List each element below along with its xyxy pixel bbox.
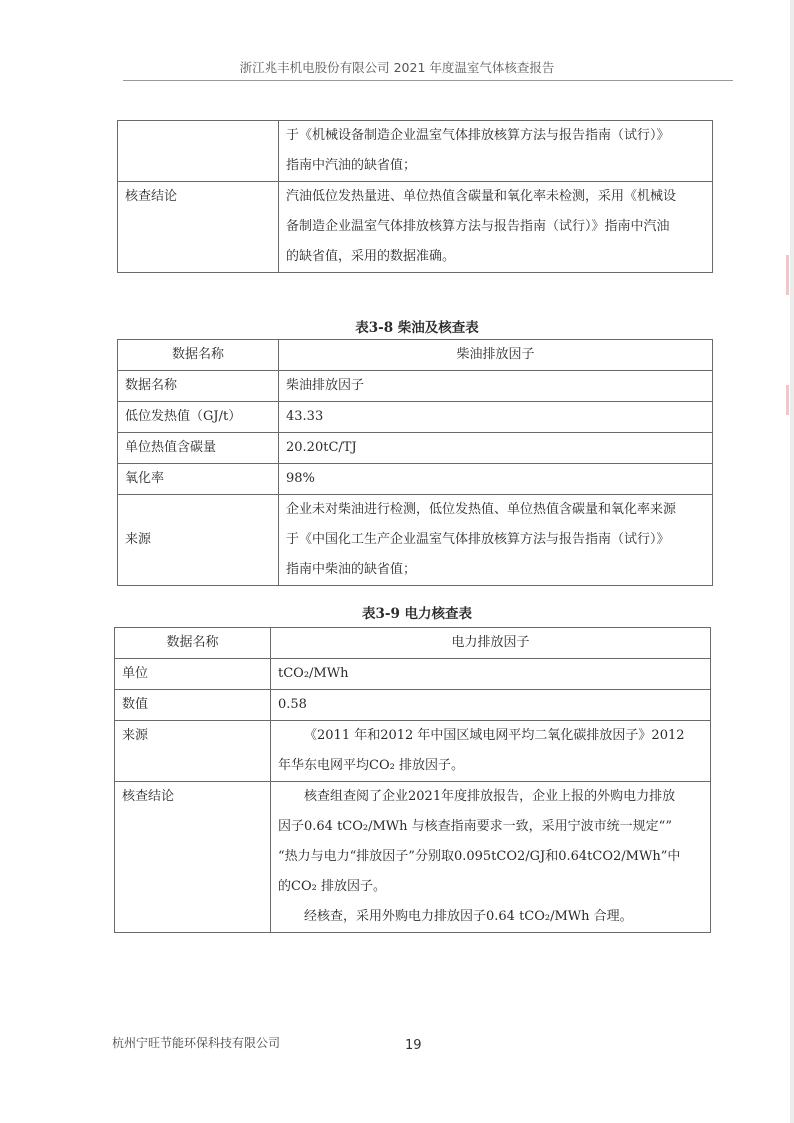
seal-stamp-mark — [786, 255, 789, 295]
header-divider — [123, 80, 733, 81]
table-row: 低位发热值（GJ/t） 43.33 — [118, 402, 713, 433]
table-row: 单位 tCO₂/MWh — [115, 659, 711, 690]
text-line: 的CO₂ 排放因子。 — [278, 872, 703, 902]
row-value: 柴油排放因子 — [279, 371, 713, 402]
row-value: 98% — [279, 464, 713, 495]
row-label: 氧化率 — [118, 464, 279, 495]
row-label: 数据名称 — [118, 371, 279, 402]
table-header-row: 数据名称 柴油排放因子 — [118, 340, 713, 371]
electricity-table: 数据名称 电力排放因子 单位 tCO₂/MWh 数值 0.58 来源 《2011… — [114, 627, 711, 933]
table-header-row: 数据名称 电力排放因子 — [115, 628, 711, 659]
row-value: 核查组查阅了企业2021年度排放报告，企业上报的外购电力排放 因子0.64 tC… — [271, 782, 711, 933]
row-label: 来源 — [118, 495, 279, 586]
table-row: 单位热值含碳量 20.20tC/TJ — [118, 433, 713, 464]
text-line: 汽油低位发热量进、单位热值含碳量和氧化率未检测，采用《机械设 — [286, 182, 705, 212]
page-edge-shadow — [790, 0, 794, 1123]
text-line: 经核查，采用外购电力排放因子0.64 tCO₂/MWh 合理。 — [278, 902, 703, 932]
row-label: 核查结论 — [118, 182, 279, 273]
text-line: 因子0.64 tCO₂/MWh 与核查指南要求一致，采用宁波市统一规定“” — [278, 812, 703, 842]
row-value: 0.58 — [271, 690, 711, 721]
row-value: 企业未对柴油进行检测，低位发热值、单位热值含碳量和氧化率来源 于《中国化工生产企… — [279, 495, 713, 586]
diesel-table: 数据名称 柴油排放因子 数据名称 柴油排放因子 低位发热值（GJ/t） 43.3… — [117, 339, 713, 586]
page-number: 19 — [405, 1038, 422, 1053]
table-row: 核查结论 汽油低位发热量进、单位热值含碳量和氧化率未检测，采用《机械设 备制造企… — [118, 182, 713, 273]
table-row: 数值 0.58 — [115, 690, 711, 721]
row-label: 来源 — [115, 721, 271, 782]
text-line: 指南中汽油的缺省值； — [286, 151, 705, 181]
text-line: 《2011 年和2012 年中国区域电网平均二氧化碳排放因子》2012 — [278, 721, 703, 751]
row-value: 20.20tC/TJ — [279, 433, 713, 464]
text-line: 于《中国化工生产企业温室气体排放核算方法与报告指南（试行）》 — [286, 525, 705, 555]
text-line: 企业未对柴油进行检测，低位发热值、单位热值含碳量和氧化率来源 — [286, 495, 705, 525]
row-label — [118, 121, 279, 182]
continued-gasoline-table: 于《机械设备制造企业温室气体排放核算方法与报告指南（试行）》 指南中汽油的缺省值… — [117, 120, 713, 273]
header-cell: 数据名称 — [118, 340, 279, 371]
table-row: 数据名称 柴油排放因子 — [118, 371, 713, 402]
row-value: 《2011 年和2012 年中国区域电网平均二氧化碳排放因子》2012 年华东电… — [271, 721, 711, 782]
table-3-8-caption: 表3-8 柴油及核查表 — [0, 316, 794, 336]
text-line: “热力与电力“排放因子”分别取0.095tCO2/GJ和0.64tCO2/MWh… — [278, 842, 703, 872]
header-cell: 柴油排放因子 — [279, 340, 713, 371]
text-line: 于《机械设备制造企业温室气体排放核算方法与报告指南（试行）》 — [286, 121, 705, 151]
table-3-9-caption: 表3-9 电力核查表 — [0, 602, 794, 622]
text-line: 核查组查阅了企业2021年度排放报告，企业上报的外购电力排放 — [278, 782, 703, 812]
table-row: 氧化率 98% — [118, 464, 713, 495]
row-value: tCO₂/MWh — [271, 659, 711, 690]
text-line: 备制造企业温室气体排放核算方法与报告指南（试行）》指南中汽油 — [286, 212, 705, 242]
table-row: 于《机械设备制造企业温室气体排放核算方法与报告指南（试行）》 指南中汽油的缺省值… — [118, 121, 713, 182]
footer-company: 杭州宁旺节能环保科技有限公司 — [112, 1034, 280, 1051]
header-cell: 电力排放因子 — [271, 628, 711, 659]
text-line: 年华东电网平均CO₂ 排放因子。 — [278, 751, 703, 781]
row-value: 43.33 — [279, 402, 713, 433]
row-label: 单位热值含碳量 — [118, 433, 279, 464]
text-line: 指南中柴油的缺省值； — [286, 555, 705, 585]
row-value: 于《机械设备制造企业温室气体排放核算方法与报告指南（试行）》 指南中汽油的缺省值… — [279, 121, 713, 182]
table-row: 来源 《2011 年和2012 年中国区域电网平均二氧化碳排放因子》2012 年… — [115, 721, 711, 782]
table-row: 来源 企业未对柴油进行检测，低位发热值、单位热值含碳量和氧化率来源 于《中国化工… — [118, 495, 713, 586]
seal-stamp-mark — [786, 385, 789, 415]
table-row: 核查结论 核查组查阅了企业2021年度排放报告，企业上报的外购电力排放 因子0.… — [115, 782, 711, 933]
row-label: 单位 — [115, 659, 271, 690]
row-label: 核查结论 — [115, 782, 271, 933]
page-header-title: 浙江兆丰机电股份有限公司 2021 年度温室气体核查报告 — [0, 58, 794, 76]
header-cell: 数据名称 — [115, 628, 271, 659]
row-value: 汽油低位发热量进、单位热值含碳量和氧化率未检测，采用《机械设 备制造企业温室气体… — [279, 182, 713, 273]
text-line: 的缺省值，采用的数据准确。 — [286, 242, 705, 272]
row-label: 数值 — [115, 690, 271, 721]
row-label: 低位发热值（GJ/t） — [118, 402, 279, 433]
